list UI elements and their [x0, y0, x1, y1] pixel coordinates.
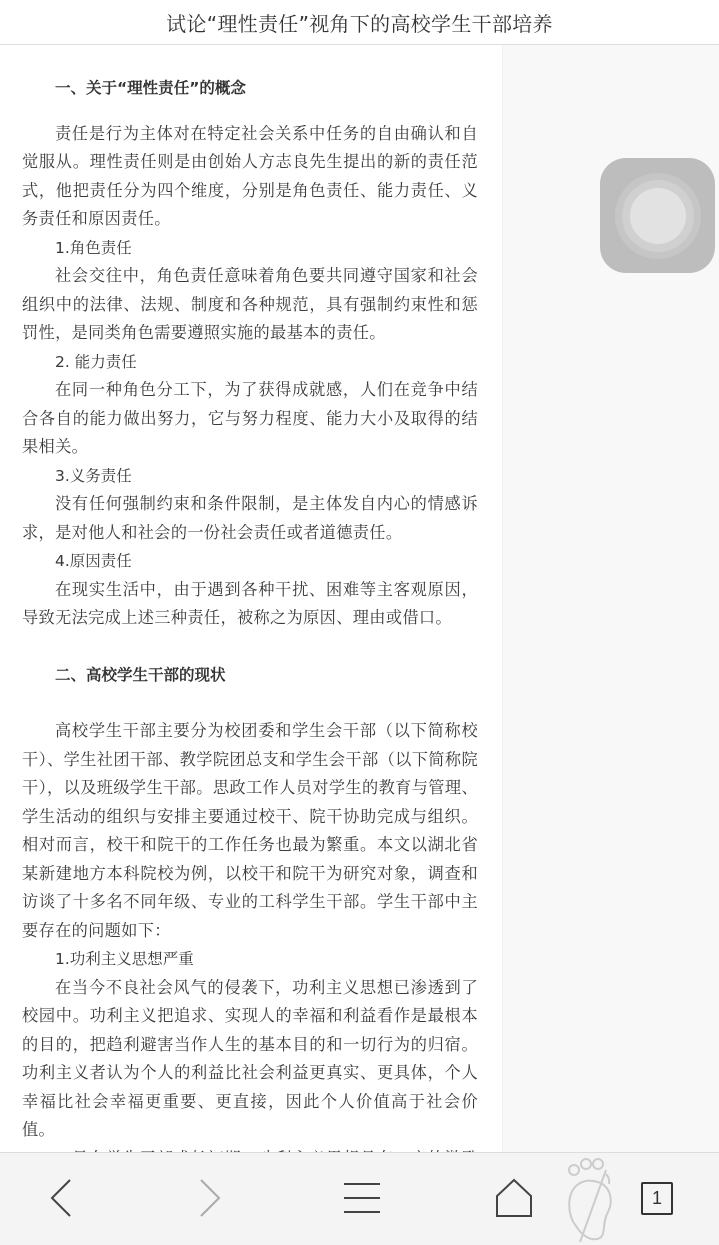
home-button[interactable]	[489, 1173, 539, 1223]
paragraph: 责任是行为主体对在特定社会关系中任务的自由确认和自觉服从。理性责任则是由创始人方…	[22, 120, 478, 234]
page-title: 试论“理性责任”视角下的高校学生干部培养	[166, 8, 553, 37]
hamburger-menu-icon	[342, 1180, 382, 1216]
paragraph: 在当今不良社会风气的侵袭下，功利主义思想已渗透到了校园中。功利主义把追求、实现人…	[22, 974, 478, 1145]
subheading: 3.义务责任	[22, 462, 478, 491]
tab-count-button[interactable]: 1	[641, 1182, 673, 1215]
paragraph: 在同一种角色分工下，为了获得成就感，人们在竞争中结合各自的能力做出努力，它与努力…	[22, 376, 478, 462]
paragraph: 在现实生活中，由于遇到各种干扰、困难等主客观原因，导致无法完成上述三种责任，被称…	[22, 576, 478, 633]
assistive-touch-icon	[615, 173, 701, 259]
paragraph: 社会交往中，角色责任意味着角色要共同遵守国家和社会组织中的法律、法规、制度和各种…	[22, 262, 478, 348]
chevron-left-icon	[48, 1178, 74, 1218]
article-body[interactable]: 一、关于“理性责任”的概念 责任是行为主体对在特定社会关系中任务的自由确认和自觉…	[0, 45, 503, 1152]
paragraph: 高校学生干部主要分为校团委和学生会干部（以下简称校干）、学生社团干部、教学院团总…	[22, 717, 478, 945]
section-heading: 二、高校学生干部的现状	[22, 661, 478, 690]
browser-toolbar: 1	[0, 1152, 719, 1245]
subheading: 2. 能力责任	[22, 348, 478, 377]
home-icon	[495, 1178, 533, 1218]
paragraph: 一是在学生干部成长初期，功利主义思想具有一定的激励作	[22, 1145, 478, 1153]
section-heading: 一、关于“理性责任”的概念	[22, 74, 478, 103]
subheading: 4.原因责任	[22, 547, 478, 576]
chevron-right-icon	[197, 1178, 223, 1218]
assistive-touch-button[interactable]	[600, 158, 715, 273]
subheading: 1.角色责任	[22, 234, 478, 263]
menu-button[interactable]	[337, 1173, 387, 1223]
paragraph: 没有任何强制约束和条件限制，是主体发自内心的情感诉求，是对他人和社会的一份社会责…	[22, 490, 478, 547]
footprint-slash-icon	[562, 1156, 628, 1244]
subheading: 1.功利主义思想严重	[22, 945, 478, 974]
forward-button[interactable]	[185, 1173, 235, 1223]
back-button[interactable]	[36, 1173, 86, 1223]
incognito-button[interactable]	[560, 1155, 630, 1245]
page-header: 试论“理性责任”视角下的高校学生干部培养	[0, 0, 719, 45]
